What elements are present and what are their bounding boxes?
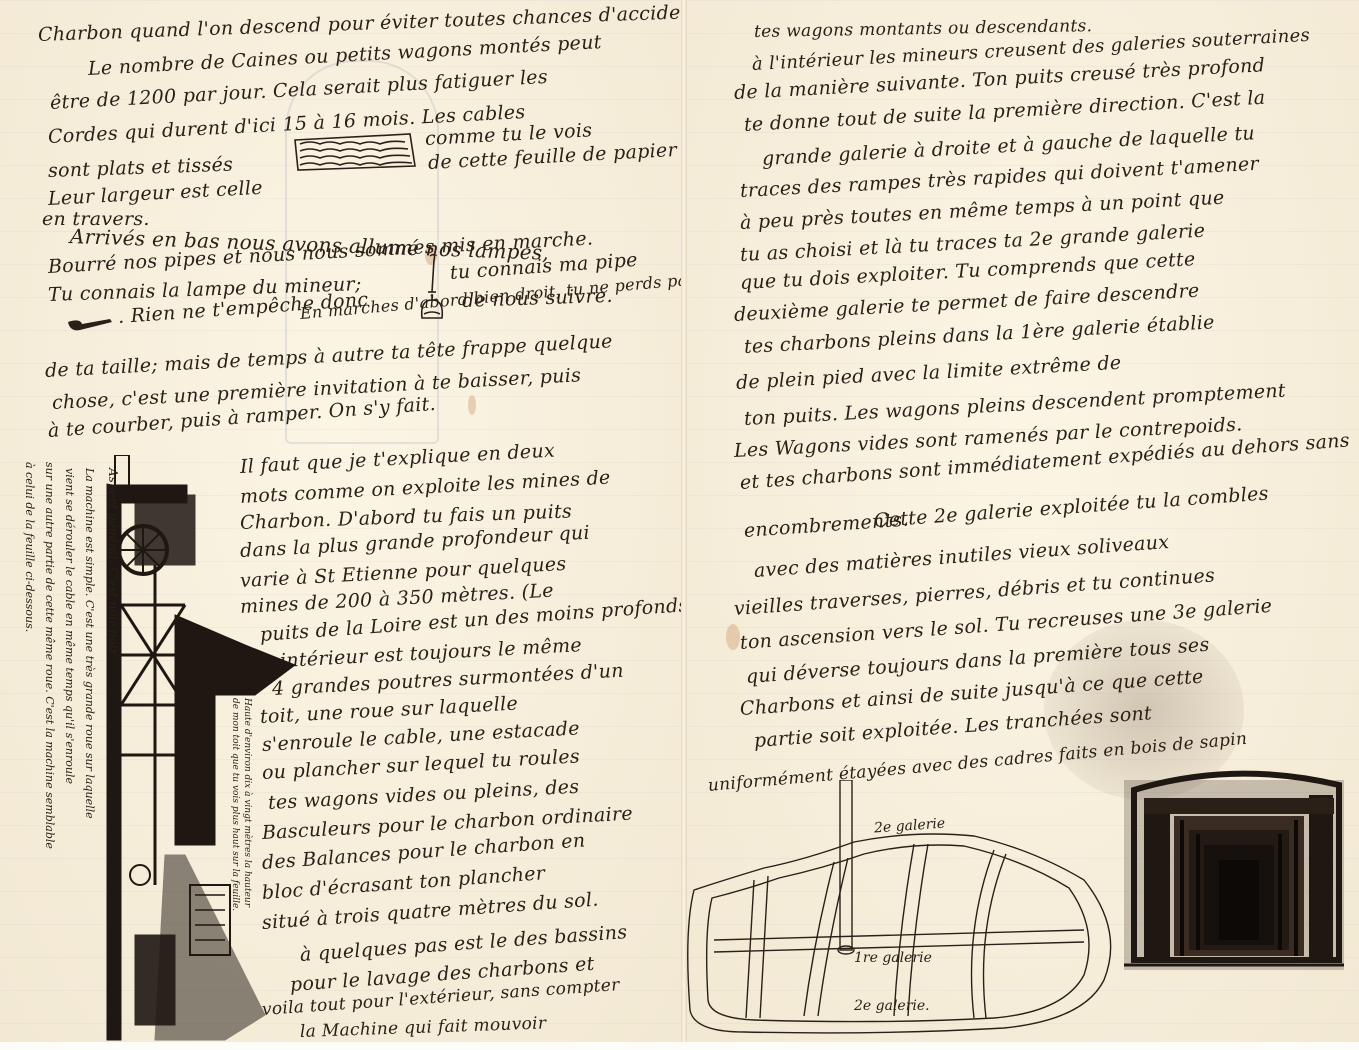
mine-tunnel-sketch [1114,760,1354,980]
margin-note-line: Haute d'environ dix à vingt mètres la ha… [242,698,252,907]
stain [468,395,476,415]
text-line: Leur largeur est celle [47,177,263,210]
margin-note-line: sur une autre partie de cette même roue.… [43,462,56,849]
margin-note-line: La machine est simple. C'est une très gr… [83,468,96,819]
text-line: la Machine qui fait mouvoir [300,1013,547,1042]
text-line: Cette 2e galerie exploitée tu la combles [873,482,1269,532]
scan-edge [0,1042,1359,1050]
diagram-label-lower: 2e galerie. [854,998,930,1014]
diagram-label-middle: 1re galerie [854,950,932,966]
margin-note-line: Aspect général. C'est noir noir [106,468,120,654]
cable-sketch [290,128,420,173]
headframe-sketch [95,455,305,1045]
pipe-sketch [66,316,116,336]
stain [726,624,740,650]
page-fold [681,0,687,1050]
text-line: de plein pied avec la limite extrême de [735,352,1122,394]
margin-note-line: à celui de la feuille ci-dessous. [23,462,36,632]
letter-spread: Charbon quand l'on descend pour éviter t… [0,0,1359,1050]
right-page: tes wagons montants ou descendants. à l'… [684,0,1359,1050]
margin-note-line: de mon toit que tu vois plus haut sur la… [230,698,240,911]
left-page: Charbon quand l'on descend pour éviter t… [0,0,684,1050]
text-line: sont plats et tissés [48,154,234,182]
margin-note-line: vient se dérouler le cable en même temps… [63,468,76,784]
